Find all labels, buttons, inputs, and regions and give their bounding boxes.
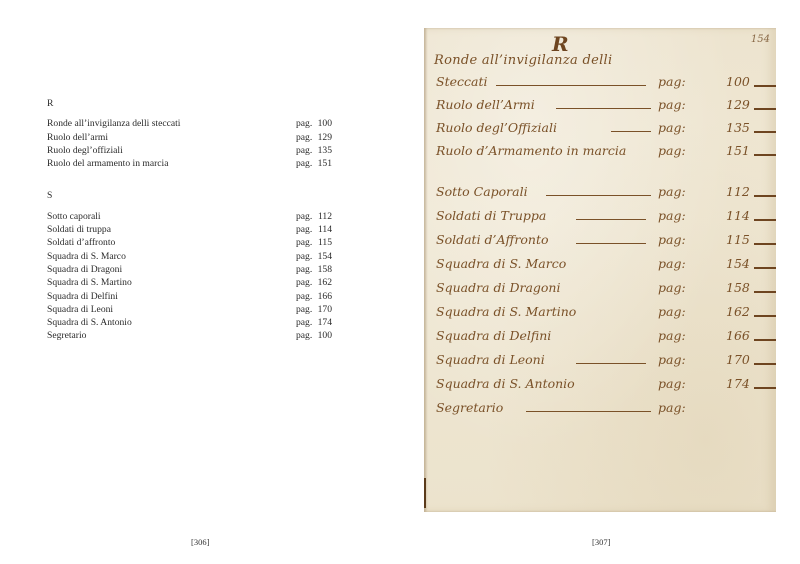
entry-page: 100 <box>318 117 332 130</box>
tail-line <box>754 267 776 269</box>
entry-page: 112 <box>318 210 332 223</box>
manuscript-pag: pag: <box>658 400 686 415</box>
manuscript-row: Ruolo degl’Offizialipag:135 <box>436 120 776 142</box>
tail-line <box>754 291 776 293</box>
manuscript-label: Squadra di S. Antonio <box>436 376 575 391</box>
manuscript-row: Segretariopag: <box>436 400 776 422</box>
dash-line <box>546 195 651 196</box>
manuscript-row: Sotto Caporalipag:112 <box>436 184 776 206</box>
manuscript-image: 154 R Ronde all’invigilanza delli Stecca… <box>424 28 776 512</box>
entry-pag: pag. <box>296 263 312 276</box>
tail-line <box>754 219 776 221</box>
index-entry: Ruolo dell’armipag.129 <box>47 131 332 144</box>
tail-line <box>754 243 776 245</box>
entry-title: Soldati d’affronto <box>47 236 115 249</box>
manuscript-num: 115 <box>726 232 750 247</box>
manuscript-num: 166 <box>726 328 750 343</box>
manuscript-label: Sotto Caporali <box>436 184 528 199</box>
manuscript-row: Squadra di Dragonipag:158 <box>436 280 776 302</box>
manuscript-label: Squadra di S. Marco <box>436 256 566 271</box>
entry-pag: pag. <box>296 303 312 316</box>
index-section-s: S Sotto caporalipag.112 Soldati di trupp… <box>47 189 332 342</box>
index-section-r: R Ronde all’invigilanza delli steccatipa… <box>47 97 332 170</box>
entry-page: 114 <box>318 223 332 236</box>
manuscript-label: Squadra di Dragoni <box>436 280 560 295</box>
entry-title: Ruolo dell’armi <box>47 131 108 144</box>
index-entry: Squadra di Delfinipag.166 <box>47 290 332 303</box>
entry-page: 162 <box>318 276 332 289</box>
manuscript-folio-number: 154 <box>751 34 770 45</box>
manuscript-row: Squadra di Delfinipag:166 <box>436 328 776 350</box>
dash-line <box>611 131 651 132</box>
tail-line <box>754 387 776 389</box>
dash-line <box>576 243 646 244</box>
entry-page: 154 <box>318 250 332 263</box>
entry-pag: pag. <box>296 329 312 342</box>
entry-page: 170 <box>318 303 332 316</box>
manuscript-pag: pag: <box>658 256 686 271</box>
manuscript-pag: pag: <box>658 143 686 158</box>
tail-line <box>754 339 776 341</box>
index-entry: Soldati d’affrontopag.115 <box>47 236 332 249</box>
entry-title: Soldati di truppa <box>47 223 111 236</box>
page-number-right: [307] <box>592 537 610 547</box>
entry-title: Segretario <box>47 329 86 342</box>
entry-pag: pag. <box>296 290 312 303</box>
tail-line <box>754 131 776 133</box>
manuscript-label: Squadra di S. Martino <box>436 304 576 319</box>
entry-pag: pag. <box>296 131 312 144</box>
manuscript-num: 154 <box>726 256 750 271</box>
tail-line <box>754 154 776 156</box>
manuscript-pag: pag: <box>658 97 686 112</box>
dash-line <box>556 108 651 109</box>
manuscript-num: 100 <box>726 74 750 89</box>
manuscript-pag: pag: <box>658 74 686 89</box>
manuscript-label: Soldati di Truppa <box>436 208 546 223</box>
index-entry: Squadra di S. Marcopag.154 <box>47 250 332 263</box>
entry-title: Squadra di S. Antonio <box>47 316 132 329</box>
manuscript-row: Squadra di S. Antoniopag:174 <box>436 376 776 398</box>
manuscript-pag: pag: <box>658 120 686 135</box>
manuscript-pag: pag: <box>658 376 686 391</box>
manuscript-label: Ruolo d’Armamento in marcia <box>436 143 626 158</box>
entry-page: 129 <box>318 131 332 144</box>
entry-page: 158 <box>318 263 332 276</box>
tail-line <box>754 108 776 110</box>
entry-pag: pag. <box>296 144 312 157</box>
manuscript-row: Ruolo dell’Armipag:129 <box>436 97 776 119</box>
entry-pag: pag. <box>296 223 312 236</box>
entry-page: 174 <box>318 316 332 329</box>
page-number-left: [306] <box>191 537 209 547</box>
entry-page: 135 <box>318 144 332 157</box>
index-entry: Squadra di Dragonipag.158 <box>47 263 332 276</box>
entry-title: Sotto caporali <box>47 210 101 223</box>
manuscript-num: 112 <box>726 184 750 199</box>
manuscript-label: Squadra di Delfini <box>436 328 551 343</box>
index-entry: Soldati di truppapag.114 <box>47 223 332 236</box>
entry-pag: pag. <box>296 210 312 223</box>
manuscript-pag: pag: <box>658 280 686 295</box>
entry-pag: pag. <box>296 276 312 289</box>
index-entry: Squadra di S. Martinopag.162 <box>47 276 332 289</box>
dash-line <box>526 411 651 412</box>
ink-smudge <box>424 478 426 508</box>
entry-pag: pag. <box>296 316 312 329</box>
manuscript-label: Segretario <box>436 400 503 415</box>
index-entry: Segretariopag.100 <box>47 329 332 342</box>
manuscript-pag: pag: <box>658 232 686 247</box>
manuscript-label: Ruolo degl’Offiziali <box>436 120 557 135</box>
manuscript-row: Soldati d’Affrontopag:115 <box>436 232 776 254</box>
entry-title: Ronde all’invigilanza delli steccati <box>47 117 180 130</box>
left-page: R Ronde all’invigilanza delli steccatipa… <box>0 0 400 564</box>
dash-line <box>576 363 646 364</box>
tail-line <box>754 315 776 317</box>
manuscript-row: Soldati di Truppapag:114 <box>436 208 776 230</box>
tail-line <box>754 195 776 197</box>
manuscript-title-line: Ronde all’invigilanza delli <box>434 53 612 68</box>
manuscript-pag: pag: <box>658 352 686 367</box>
index-entry: Sotto caporalipag.112 <box>47 210 332 223</box>
index-entry: Squadra di Leonipag.170 <box>47 303 332 316</box>
manuscript-row: Squadra di S. Marcopag:154 <box>436 256 776 278</box>
manuscript-num: 174 <box>726 376 750 391</box>
entry-title: Ruolo degl’offiziali <box>47 144 123 157</box>
manuscript-num: 170 <box>726 352 750 367</box>
entry-title: Squadra di Delfini <box>47 290 118 303</box>
manuscript-pag: pag: <box>658 184 686 199</box>
manuscript-row: Squadra di S. Martinopag:162 <box>436 304 776 326</box>
index-entry: Ruolo del armamento in marciapag.151 <box>47 157 332 170</box>
dash-line <box>576 219 646 220</box>
entry-title: Ruolo del armamento in marcia <box>47 157 168 170</box>
manuscript-num: 129 <box>726 97 750 112</box>
entry-title: Squadra di S. Martino <box>47 276 132 289</box>
manuscript-num: 151 <box>726 143 750 158</box>
manuscript-row: Steccatipag:100 <box>436 74 776 96</box>
manuscript-label: Ruolo dell’Armi <box>436 97 535 112</box>
manuscript-pag: pag: <box>658 304 686 319</box>
index-entry: Ruolo degl’offizialipag.135 <box>47 144 332 157</box>
manuscript-label: Soldati d’Affronto <box>436 232 549 247</box>
tail-line <box>754 85 776 87</box>
entry-pag: pag. <box>296 250 312 263</box>
entry-pag: pag. <box>296 157 312 170</box>
manuscript-num: 158 <box>726 280 750 295</box>
tail-line <box>754 363 776 365</box>
entry-page: 115 <box>318 236 332 249</box>
entry-title: Squadra di Dragoni <box>47 263 122 276</box>
entry-pag: pag. <box>296 236 312 249</box>
manuscript-label: Squadra di Leoni <box>436 352 545 367</box>
right-page: 154 R Ronde all’invigilanza delli Stecca… <box>400 0 800 564</box>
index-list: R Ronde all’invigilanza delli steccatipa… <box>47 97 332 343</box>
entry-title: Squadra di Leoni <box>47 303 113 316</box>
manuscript-num: 114 <box>726 208 750 223</box>
section-letter: S <box>47 189 332 202</box>
entry-page: 100 <box>318 329 332 342</box>
entry-title: Squadra di S. Marco <box>47 250 126 263</box>
manuscript-pag: pag: <box>658 208 686 223</box>
entry-page: 166 <box>318 290 332 303</box>
dash-line <box>496 85 646 86</box>
manuscript-num: 162 <box>726 304 750 319</box>
entry-page: 151 <box>318 157 332 170</box>
entry-pag: pag. <box>296 117 312 130</box>
manuscript-pag: pag: <box>658 328 686 343</box>
manuscript-num: 135 <box>726 120 750 135</box>
section-letter: R <box>47 97 332 110</box>
manuscript-label: Steccati <box>436 74 487 89</box>
manuscript-row: Squadra di Leonipag:170 <box>436 352 776 374</box>
index-entry: Squadra di S. Antoniopag.174 <box>47 316 332 329</box>
manuscript-row: Ruolo d’Armamento in marciapag:151 <box>436 143 776 165</box>
index-entry: Ronde all’invigilanza delli steccatipag.… <box>47 117 332 130</box>
